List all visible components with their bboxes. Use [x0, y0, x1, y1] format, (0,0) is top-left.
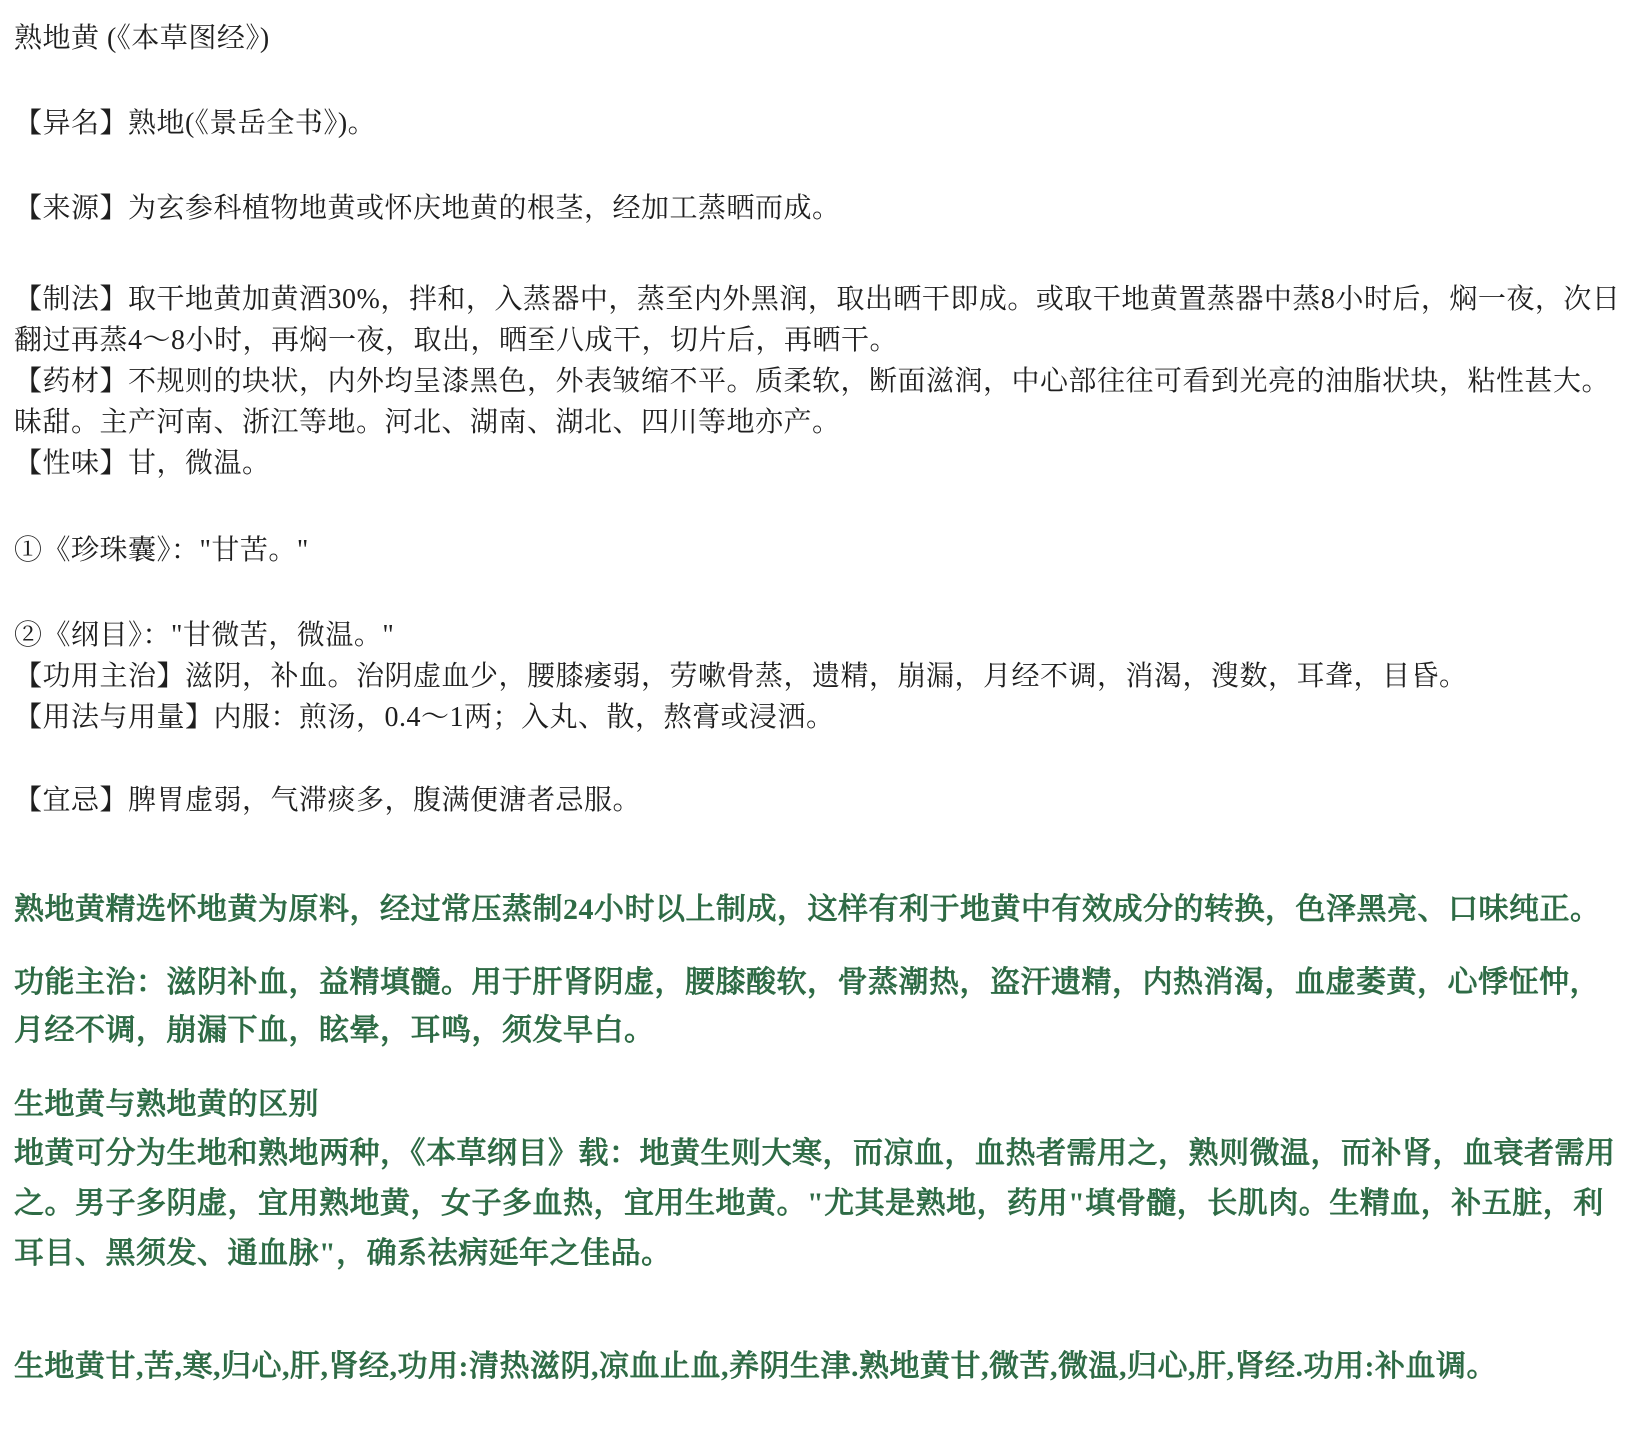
entry-material: 【药材】不规则的块状，内外均呈漆黑色，外表皱缩不平。质柔软，断面滋润，中心部往往… — [14, 361, 1621, 443]
product-intro: 熟地黄精选怀地黄为原料，经过常压蒸制24小时以上制成，这样有利于地黄中有效成分的… — [14, 887, 1621, 933]
entry-dosage: 【用法与用量】内服：煎汤，0.4～1两；入丸、散，熬膏或浸洒。 — [14, 697, 1621, 738]
quote-gangmu: ②《纲目》："甘微苦，微温。" — [14, 615, 1621, 656]
entry-block-quote-indications-dosage: ②《纲目》："甘微苦，微温。" 【功用主治】滋阴，补血。治阴虚血少，腰膝痿弱，劳… — [14, 615, 1621, 738]
entry-source: 【来源】为玄参科植物地黄或怀庆地黄的根茎，经加工蒸晒而成。 — [14, 188, 1621, 229]
entry-preparation: 【制法】取干地黄加黄酒30%，拌和，入蒸器中，蒸至内外黑润，取出晒干即成。或取干… — [14, 279, 1621, 361]
entry-taste: 【性味】甘，微温。 — [14, 443, 1621, 484]
quote-zhenzhunang: ①《珍珠囊》："甘苦。" — [14, 530, 1621, 571]
entry-indications: 【功用主治】滋阴，补血。治阴虚血少，腰膝痿弱，劳嗽骨蒸，遗精，崩漏，月经不调，消… — [14, 656, 1621, 697]
difference-body: 地黄可分为生地和熟地两种，《本草纲目》载：地黄生则大寒，而凉血，血热者需用之，熟… — [14, 1129, 1621, 1279]
herb-monograph-page: { "colors": { "background": "#ffffff", "… — [0, 0, 1633, 1431]
difference-section: 生地黄与熟地黄的区别 地黄可分为生地和熟地两种，《本草纲目》载：地黄生则大寒，而… — [14, 1081, 1621, 1279]
entry-contraindications: 【宜忌】脾胃虚弱，气滞痰多，腹满便溏者忌服。 — [14, 780, 1621, 821]
difference-heading: 生地黄与熟地黄的区别 — [14, 1081, 1621, 1129]
page-title: 熟地黄 (《本草图经》) — [14, 18, 1621, 59]
entry-block-preparation-material-taste: 【制法】取干地黄加黄酒30%，拌和，入蒸器中，蒸至内外黑润，取出晒干即成。或取干… — [14, 279, 1621, 484]
product-functions: 功能主治：滋阴补血，益精填髓。用于肝肾阴虚，腰膝酸软，骨蒸潮热，盗汗遗精，内热消… — [14, 959, 1621, 1055]
summary-line: 生地黄甘,苦,寒,归心,肝,肾经,功用:清热滋阴,凉血止血,养阴生津.熟地黄甘,… — [14, 1343, 1621, 1391]
entry-alias: 【异名】熟地(《景岳全书》)。 — [14, 103, 1621, 144]
